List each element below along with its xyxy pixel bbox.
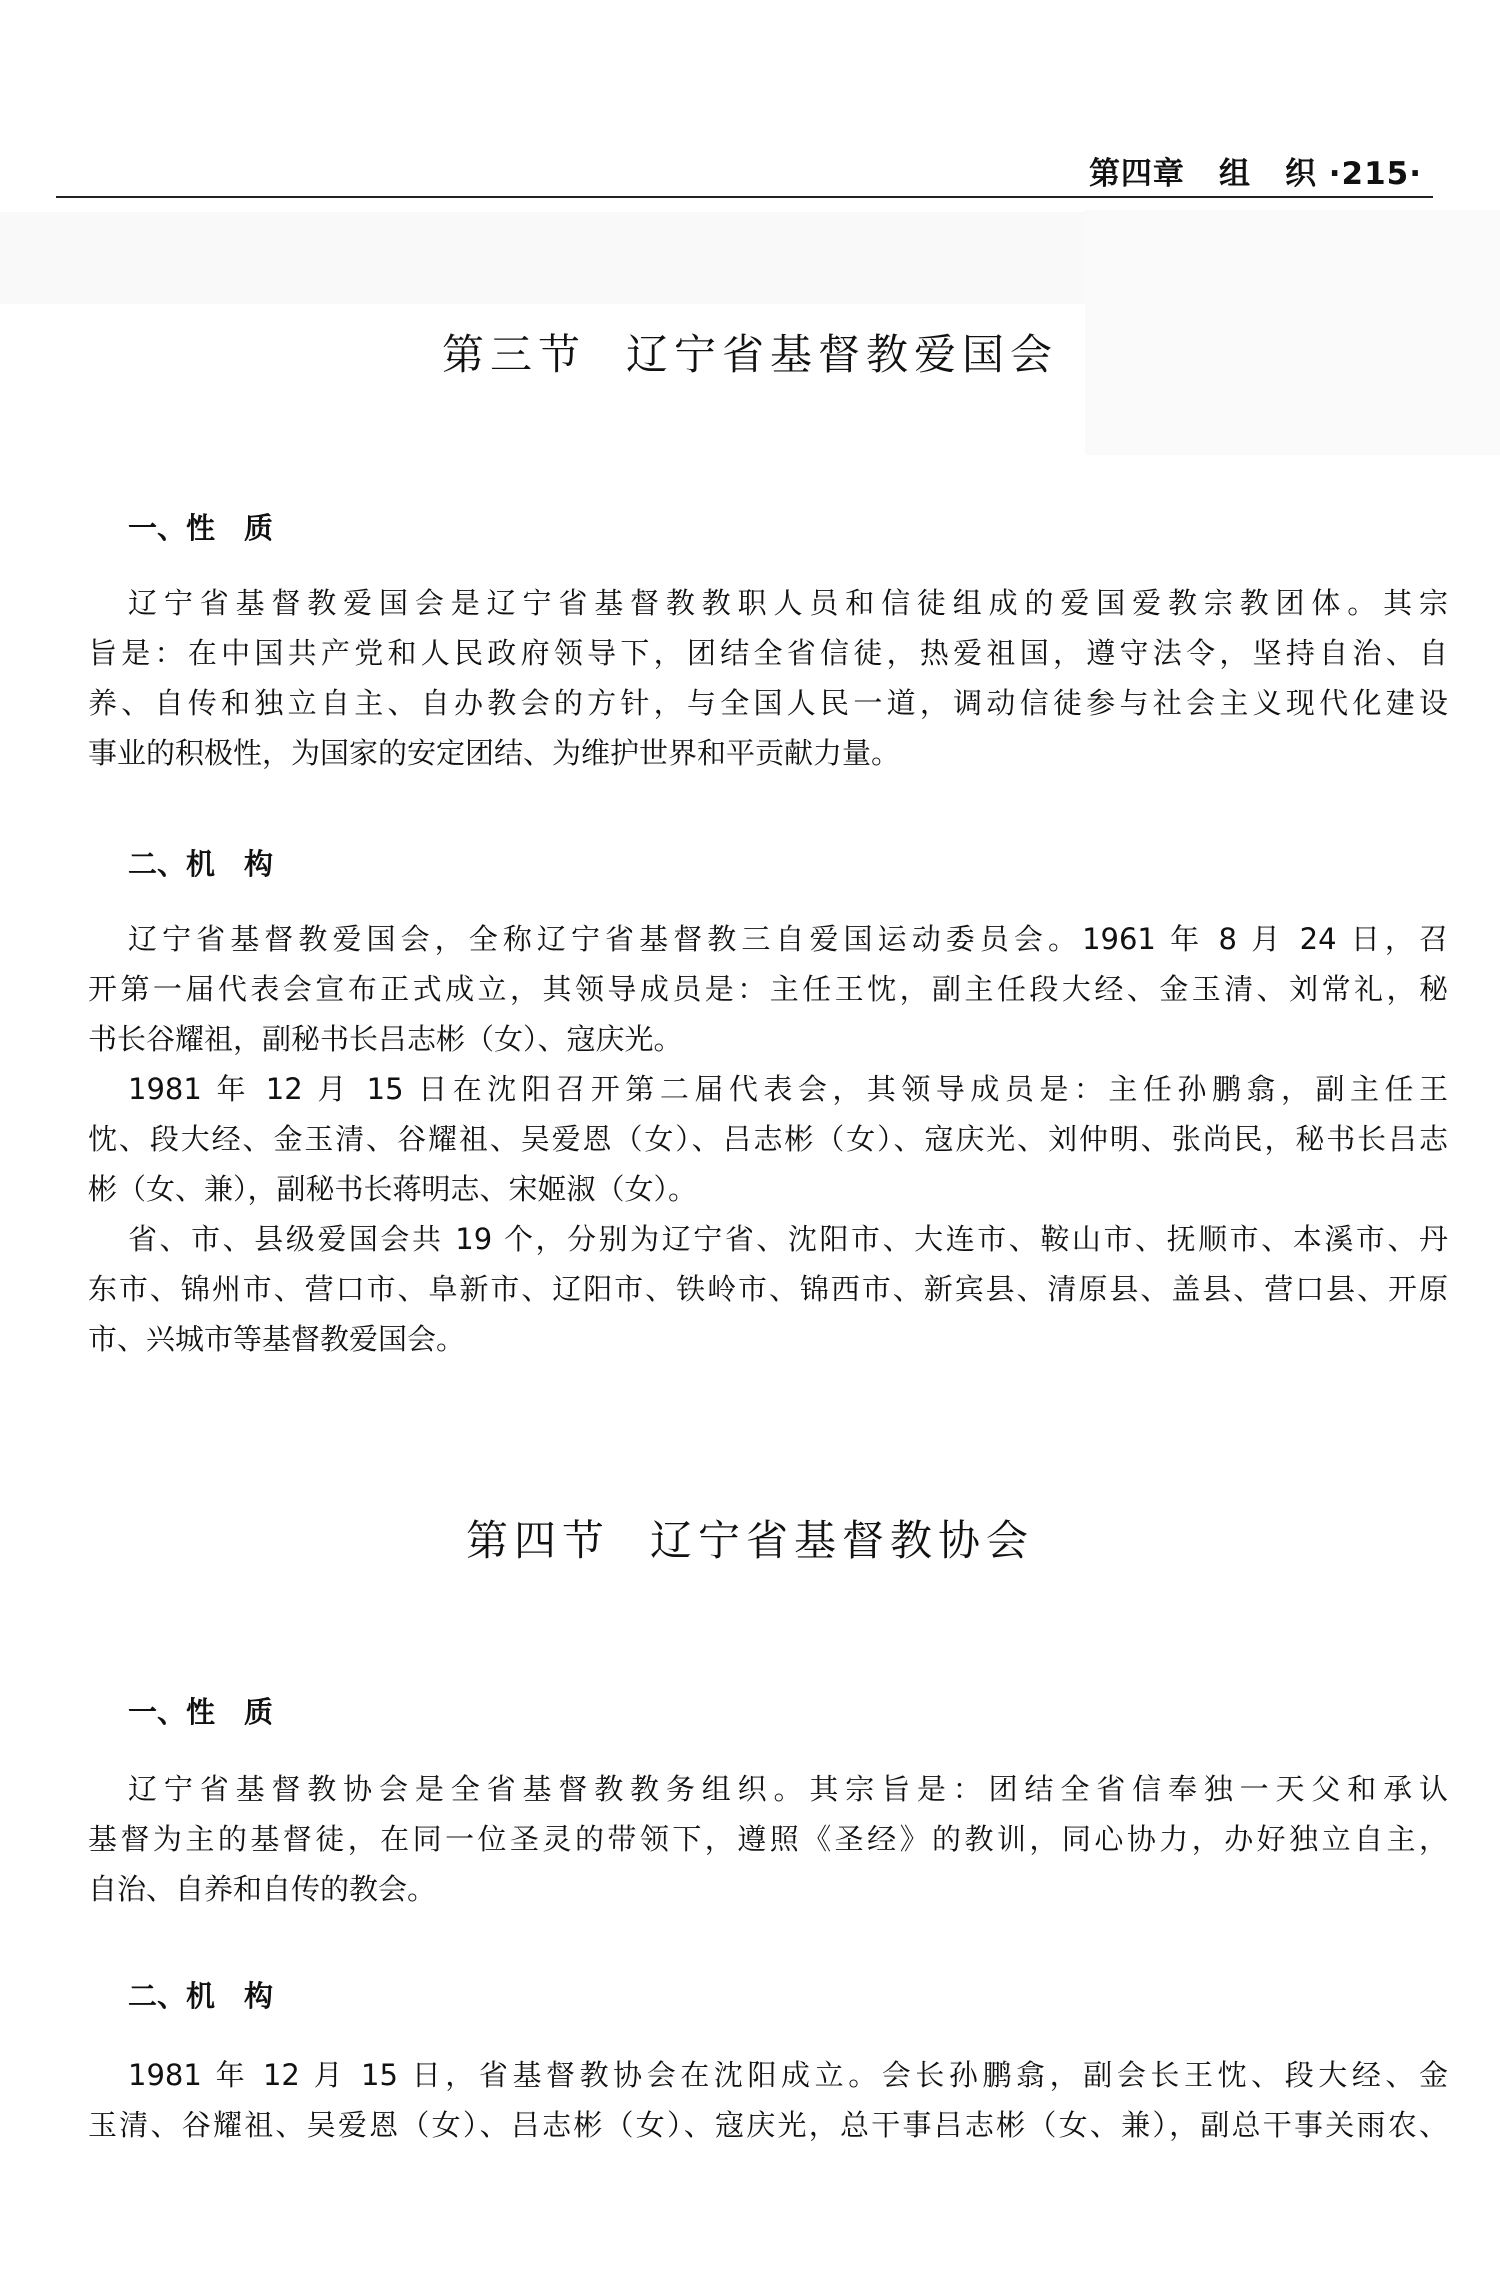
text-line: 辽宁省基督教爱国会，全称辽宁省基督教三自爱国运动委员会。1961 年 8 月 2… <box>88 914 1448 964</box>
section-3-number: 第三节 <box>442 330 586 379</box>
text-line: 基督为主的基督徒，在同一位圣灵的带领下，遵照《圣经》的教训，同心协力，办好独立自… <box>88 1814 1448 1864</box>
text-line: 辽宁省基督教爱国会是辽宁省基督教教职人员和信徒组成的爱国爱教宗教团体。其宗 <box>88 578 1448 628</box>
section-4-organization-paragraph: 1981 年 12 月 15 日，省基督教协会在沈阳成立。会长孙鹏翕，副会长王忱… <box>88 2050 1448 2150</box>
section-4-nature-heading: 一、性 质 <box>128 1690 273 1731</box>
section-3-organization-paragraph-1: 辽宁省基督教爱国会，全称辽宁省基督教三自爱国运动委员会。1961 年 8 月 2… <box>88 914 1448 1064</box>
section-4-title: 第四节辽宁省基督教协会 <box>0 1508 1500 1568</box>
chapter-title-b: 织 <box>1285 156 1317 192</box>
section-3-organization-heading: 二、机 构 <box>128 842 273 883</box>
section-4-name: 辽宁省基督教协会 <box>650 1516 1034 1565</box>
section-3-organization-paragraph-3: 省、市、县级爱国会共 19 个，分别为辽宁省、沈阳市、大连市、鞍山市、抚顺市、本… <box>88 1214 1448 1364</box>
section-3-organization-paragraph-2: 1981 年 12 月 15 日在沈阳召开第二届代表会，其领导成员是：主任孙鹏翕… <box>88 1064 1448 1214</box>
text-line: 市、兴城市等基督教爱国会。 <box>88 1314 1448 1364</box>
text-line: 忱、段大经、金玉清、谷耀祖、吴爱恩（女）、吕志彬（女）、寇庆光、刘仲明、张尚民，… <box>88 1114 1448 1164</box>
section-3-name: 辽宁省基督教爱国会 <box>626 330 1058 379</box>
text-line: 辽宁省基督教协会是全省基督教教务组织。其宗旨是：团结全省信奉独一天父和承认 <box>88 1764 1448 1814</box>
section-3-nature-heading: 一、性 质 <box>128 506 273 547</box>
text-line: 1981 年 12 月 15 日，省基督教协会在沈阳成立。会长孙鹏翕，副会长王忱… <box>88 2050 1448 2100</box>
text-line: 自治、自养和自传的教会。 <box>88 1864 1448 1914</box>
running-head: 第四章组织 ·215· <box>1089 148 1422 193</box>
chapter-title-a: 组 <box>1219 156 1251 192</box>
section-4-organization-heading: 二、机 构 <box>128 1974 273 2015</box>
text-line: 彬（女、兼），副秘书长蒋明志、宋姬淑（女）。 <box>88 1164 1448 1214</box>
section-4-number: 第四节 <box>466 1516 610 1565</box>
section-4-nature-paragraph: 辽宁省基督教协会是全省基督教教务组织。其宗旨是：团结全省信奉独一天父和承认 基督… <box>88 1764 1448 1914</box>
text-line: 玉清、谷耀祖、吴爱恩（女）、吕志彬（女）、寇庆光，总干事吕志彬（女、兼），副总干… <box>88 2100 1448 2150</box>
text-line: 事业的积极性，为国家的安定团结、为维护世界和平贡献力量。 <box>88 728 1448 778</box>
text-line: 1981 年 12 月 15 日在沈阳召开第二届代表会，其领导成员是：主任孙鹏翕… <box>88 1064 1448 1114</box>
text-line: 书长谷耀祖，副秘书长吕志彬（女）、寇庆光。 <box>88 1014 1448 1064</box>
text-line: 东市、锦州市、营口市、阜新市、辽阳市、铁岭市、锦西市、新宾县、清原县、盖县、营口… <box>88 1264 1448 1314</box>
text-line: 开第一届代表会宣布正式成立，其领导成员是：主任王忱，副主任段大经、金玉清、刘常礼… <box>88 964 1448 1014</box>
chapter-label: 第四章 <box>1089 156 1185 192</box>
text-line: 省、市、县级爱国会共 19 个，分别为辽宁省、沈阳市、大连市、鞍山市、抚顺市、本… <box>88 1214 1448 1264</box>
scan-shade <box>0 212 1085 304</box>
page-number: ·215· <box>1329 156 1422 192</box>
section-3-nature-paragraph: 辽宁省基督教爱国会是辽宁省基督教教职人员和信徒组成的爱国爱教宗教团体。其宗 旨是… <box>88 578 1448 778</box>
section-3-title: 第三节辽宁省基督教爱国会 <box>0 322 1500 382</box>
text-line: 养、自传和独立自主、自办教会的方针，与全国人民一道，调动信徒参与社会主义现代化建… <box>88 678 1448 728</box>
text-line: 旨是：在中国共产党和人民政府领导下，团结全省信徒，热爱祖国，遵守法令，坚持自治、… <box>88 628 1448 678</box>
header-rule <box>56 196 1433 198</box>
